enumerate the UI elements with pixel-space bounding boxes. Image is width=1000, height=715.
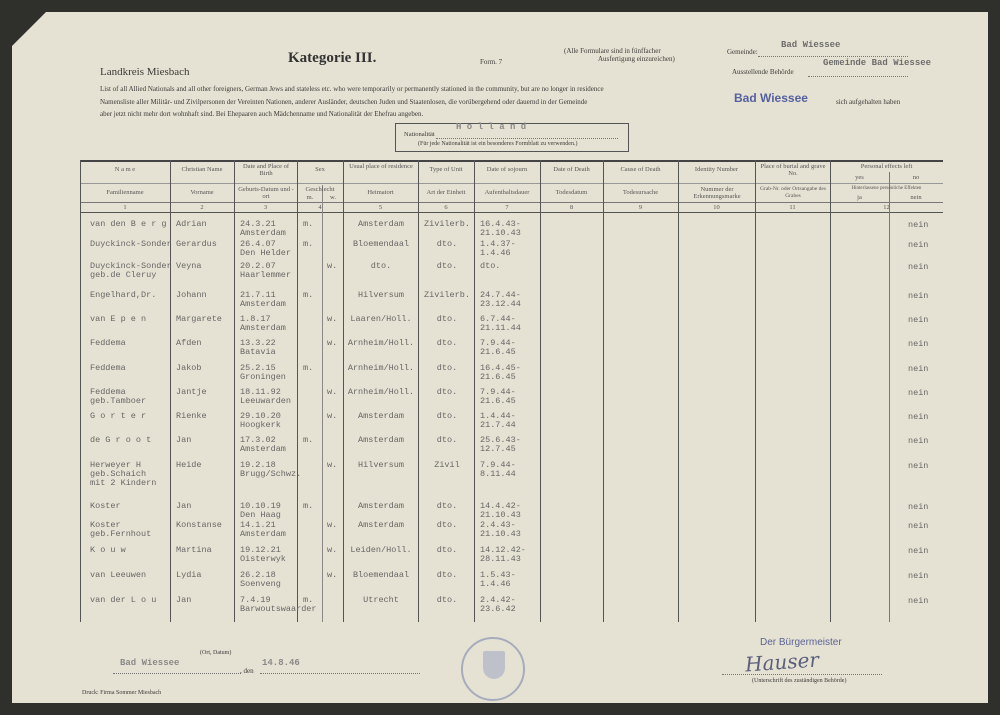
cell-sex: w. — [327, 546, 337, 555]
col-num-12: 12 — [830, 204, 943, 211]
col-num-6: 6 — [418, 204, 474, 211]
cell-sojourn: 1.5.43- 1.4.46 — [480, 571, 516, 589]
col-header-name-de: Familienname — [80, 189, 170, 196]
cell-unit: dto. — [420, 339, 474, 348]
cell-birth: 17.3.02 Amsterdam — [240, 436, 286, 454]
cell-first-name: Heide — [176, 461, 202, 470]
table-top-border — [80, 160, 943, 162]
signature-label: (Unterschrift des zuständigen Behörde) — [752, 678, 846, 684]
col-line-0 — [80, 160, 81, 622]
cell-unit: dto. — [420, 521, 474, 530]
col-header-sojourn-en: Date of sojourn — [474, 166, 540, 173]
col-header-sex-w: w. — [323, 194, 343, 201]
cell-residence: Amsterdam — [346, 220, 416, 229]
col-num-10: 10 — [678, 204, 755, 211]
col-line-1 — [170, 160, 171, 622]
col-header-identity-de: Nummer der Erkennungsmarke — [682, 186, 752, 200]
cell-sojourn: 1.4.44- 21.7.44 — [480, 412, 516, 430]
cell-birth: 24.3.21 Amsterdam — [240, 220, 286, 238]
cell-birth: 25.2.15 Groningen — [240, 364, 286, 382]
instructions-note-1: (Alle Formulare sind in fünffacher — [564, 47, 661, 55]
cell-residence: Hilversum — [346, 291, 416, 300]
col-header-effects-no: no — [889, 174, 943, 181]
col-header-unit-en: Type of Unit — [418, 166, 474, 173]
col-header-effects-yes: yes — [830, 174, 889, 181]
printer-credit: Druck: Firma Sommer Miesbach — [82, 690, 161, 696]
cell-effects: nein — [908, 339, 928, 349]
cell-family-name: van der L o u — [90, 596, 156, 605]
col-header-sex-m: m. — [300, 194, 320, 201]
cell-unit: Zivilerb. — [420, 291, 474, 300]
cell-family-name: de G r o o t — [90, 436, 151, 445]
col-header-first-en: Christian Name — [170, 166, 234, 173]
cell-residence: Arnheim/Holl. — [346, 339, 416, 348]
cell-first-name: Rienke — [176, 412, 207, 421]
cell-birth: 21.7.11 Amsterdam — [240, 291, 286, 309]
col-num-2: 2 — [170, 204, 234, 211]
gemeinde-line — [758, 56, 908, 57]
cell-sex: m. — [303, 596, 313, 605]
cell-residence: Bloemendaal — [346, 571, 416, 580]
col-header-first-de: Vorname — [170, 189, 234, 196]
cell-sojourn: 7.9.44- 21.6.45 — [480, 339, 516, 357]
col-header-birth-de: Geburts-Datum und -ort — [236, 186, 296, 200]
cell-unit: dto. — [420, 546, 474, 555]
cell-unit: dto. — [420, 262, 474, 271]
col-header-death-en: Date of Death — [540, 166, 603, 173]
cell-family-name: K o u w — [90, 546, 126, 555]
cell-effects: nein — [908, 315, 928, 325]
form-title: Kategorie III. — [288, 50, 376, 67]
col-header-cause-de: Todesursache — [603, 189, 678, 196]
cell-sex: w. — [327, 388, 337, 397]
cell-family-name: van den B e r g — [90, 220, 167, 229]
cell-effects: nein — [908, 461, 928, 471]
col-line-3 — [297, 160, 298, 622]
cell-residence: dto. — [346, 262, 416, 271]
cell-residence: Amsterdam — [346, 521, 416, 530]
col-header-burial-de: Grab-Nr. oder Ortsangabe des Grabes — [758, 186, 828, 200]
cell-family-name: Feddema geb.Tamboer — [90, 388, 146, 406]
cell-unit: dto. — [420, 315, 474, 324]
cell-residence: Arnheim/Holl. — [346, 364, 416, 373]
col-header-sex-de: Geschlecht — [297, 186, 343, 193]
cell-sojourn: 7.9.44- 8.11.44 — [480, 461, 516, 479]
cell-first-name: Jakob — [176, 364, 202, 373]
col-header-name-en: N a m e — [80, 166, 170, 173]
cell-family-name: Duyckinck-Sonder geb.de Cleruy — [90, 262, 172, 280]
col-header-effects-ja: ja — [830, 194, 889, 201]
cell-birth: 19.2.18 Brugg/Schwz. — [240, 461, 301, 479]
col-header-effects-nein: nein — [889, 194, 943, 201]
cell-sex: m. — [303, 291, 313, 300]
col-num-5: 5 — [343, 204, 418, 211]
cell-birth: 1.8.17 Amsterdam — [240, 315, 286, 333]
cell-birth: 19.12.21 Oisterwyk — [240, 546, 286, 564]
cell-first-name: Afden — [176, 339, 202, 348]
nationality-label: Nationalität — [404, 131, 435, 138]
col-header-identity-en: Identity Number — [678, 166, 755, 173]
cell-sojourn: 24.7.44- 23.12.44 — [480, 291, 521, 309]
gemeinde-value: Bad Wiessee — [781, 40, 840, 50]
cell-sojourn: 6.7.44- 21.11.44 — [480, 315, 521, 333]
cell-first-name: Lydia — [176, 571, 202, 580]
cell-residence: Arnheim/Holl. — [346, 388, 416, 397]
behoerde-label: Ausstellende Behörde — [732, 68, 794, 76]
cell-residence: Bloemendaal — [346, 240, 416, 249]
cell-residence: Amsterdam — [346, 502, 416, 511]
cell-family-name: Duyckinck-Sonder — [90, 240, 172, 249]
cell-unit: dto. — [420, 571, 474, 580]
cell-family-name: van E p e n — [90, 315, 146, 324]
nationality-note: (Für jede Nationalität ist ein besondere… — [418, 141, 577, 147]
header-number-divider — [80, 202, 943, 203]
instructions-note-2: Ausfertigung einzureichen) — [598, 55, 675, 63]
cell-sojourn: 16.4.43- 21.10.43 — [480, 220, 521, 238]
cell-unit: dto. — [420, 412, 474, 421]
cell-family-name: Koster — [90, 502, 121, 511]
cell-residence: Leiden/Holl. — [346, 546, 416, 555]
cell-residence: Amsterdam — [346, 436, 416, 445]
cell-sojourn: 14.4.42- 21.10.43 — [480, 502, 521, 520]
cell-sex: w. — [327, 461, 337, 470]
col-num-4: 4 — [297, 204, 343, 211]
col-num-11: 11 — [755, 204, 830, 211]
header-divider — [80, 183, 943, 184]
cell-sojourn: dto. — [480, 262, 500, 271]
col-line-sex-split — [322, 185, 323, 622]
cell-sojourn: 14.12.42- 28.11.43 — [480, 546, 526, 564]
cell-effects: nein — [908, 388, 928, 398]
nationality-line — [436, 138, 618, 139]
col-header-sojourn-de: Aufenthaltsdauer — [474, 189, 540, 196]
cell-birth: 18.11.92 Leeuwarden — [240, 388, 291, 406]
col-num-9: 9 — [603, 204, 678, 211]
cell-sex: m. — [303, 220, 313, 229]
col-line-10 — [755, 160, 756, 622]
col-header-burial-en: Place of burial and grave No. — [758, 163, 828, 177]
cell-first-name: Jan — [176, 502, 191, 511]
gemeinde-label: Gemeinde: — [727, 48, 758, 56]
col-line-effects-split — [889, 172, 890, 622]
intro-german-2: aber jetzt nicht mehr dort wohnhaft sind… — [100, 110, 423, 118]
col-header-birth-en: Date and Place of Birth — [236, 163, 296, 177]
cell-birth: 14.1.21 Amsterdam — [240, 521, 286, 539]
cell-family-name: G o r t e r — [90, 412, 146, 421]
cell-first-name: Martina — [176, 546, 212, 555]
cell-first-name: Jantje — [176, 388, 207, 397]
cell-sojourn: 25.6.43- 12.7.45 — [480, 436, 521, 454]
cell-first-name: Johann — [176, 291, 207, 300]
date-line — [260, 673, 420, 674]
col-line-4 — [343, 160, 344, 622]
cell-effects: nein — [908, 412, 928, 422]
col-line-8 — [603, 160, 604, 622]
cell-sojourn: 1.4.37- 1.4.46 — [480, 240, 516, 258]
cell-effects: nein — [908, 596, 928, 606]
header-bottom-border — [80, 212, 943, 213]
cell-sex: w. — [327, 521, 337, 530]
col-line-6 — [474, 160, 475, 622]
date-value: 14.8.46 — [262, 658, 300, 668]
col-header-effects-en: Personal effects left — [830, 163, 943, 170]
cell-sex: m. — [303, 364, 313, 373]
cell-family-name: Herweyer H geb.Schaich mit 2 Kindern — [90, 461, 156, 488]
cell-effects: nein — [908, 262, 928, 272]
cell-family-name: Feddema — [90, 364, 126, 373]
cell-sex: w. — [327, 315, 337, 324]
cell-first-name: Margarete — [176, 315, 222, 324]
cell-first-name: Jan — [176, 596, 191, 605]
cell-unit: dto. — [420, 502, 474, 511]
col-num-1: 1 — [80, 204, 170, 211]
col-header-sex-en: Sex — [297, 166, 343, 173]
cell-effects: nein — [908, 502, 928, 512]
cell-residence: Hilversum — [346, 461, 416, 470]
cell-effects: nein — [908, 571, 928, 581]
cell-sex: w. — [327, 262, 337, 271]
cell-effects: nein — [908, 546, 928, 556]
place-line — [113, 673, 241, 674]
place-value: Bad Wiessee — [120, 658, 179, 668]
cell-effects: nein — [908, 364, 928, 374]
cell-residence: Utrecht — [346, 596, 416, 605]
cell-sojourn: 16.4.45- 21.6.45 — [480, 364, 521, 382]
cell-unit: dto. — [420, 240, 474, 249]
place-date-label: (Ort, Datum) — [200, 650, 231, 656]
cell-sex: w. — [327, 571, 337, 580]
col-line-9 — [678, 160, 679, 622]
col-line-2 — [234, 160, 235, 622]
cell-birth: 20.2.07 Haarlemmer — [240, 262, 291, 280]
col-num-7: 7 — [474, 204, 540, 211]
cell-sex: m. — [303, 436, 313, 445]
cell-first-name: Gerardus — [176, 240, 217, 249]
cell-residence: Laaren/Holl. — [346, 315, 416, 324]
intro-german-1: Namensliste aller Militär- und Zivilpers… — [100, 98, 730, 106]
cell-unit: dto. — [420, 436, 474, 445]
cell-birth: 26.2.18 Soenveng — [240, 571, 281, 589]
cell-first-name: Veyna — [176, 262, 202, 271]
official-seal — [461, 637, 525, 701]
behoerde-value: Gemeinde Bad Wiessee — [823, 58, 931, 68]
cell-unit: dto. — [420, 388, 474, 397]
cell-sex: w. — [327, 412, 337, 421]
signature-line — [722, 674, 882, 675]
col-header-residence-en: Usual place of residence — [345, 163, 417, 170]
col-header-cause-en: Cause of Death — [603, 166, 678, 173]
cell-family-name: van Leeuwen — [90, 571, 146, 580]
cell-unit: Zivilerb. — [420, 220, 474, 229]
cell-unit: Zivil — [420, 461, 474, 470]
cell-first-name: Adrian — [176, 220, 207, 229]
den-label: , den — [240, 667, 254, 675]
coat-of-arms-icon — [483, 651, 505, 679]
cell-first-name: Jan — [176, 436, 191, 445]
col-header-unit-de: Art der Einheit — [418, 189, 474, 196]
nationality-value: H o l l a n d — [456, 122, 526, 132]
cell-family-name: Koster geb.Fernhout — [90, 521, 151, 539]
form-number: Form. 7 — [480, 58, 502, 66]
cell-residence: Amsterdam — [346, 412, 416, 421]
cell-sojourn: 2.4.42- 23.6.42 — [480, 596, 516, 614]
municipality-stamp: Bad Wiessee — [734, 91, 808, 105]
col-line-7 — [540, 160, 541, 622]
col-line-5 — [418, 160, 419, 622]
behoerde-line — [808, 76, 908, 77]
cell-birth: 29.10.20 Hoogkerk — [240, 412, 281, 430]
col-num-8: 8 — [540, 204, 603, 211]
col-line-11 — [830, 160, 831, 622]
cell-unit: dto. — [420, 596, 474, 605]
col-header-residence-de: Heimatort — [343, 189, 418, 196]
cell-effects: nein — [908, 220, 928, 230]
intro-german-end: sich aufgehalten haben — [836, 98, 900, 106]
mayor-signature: Hauser — [744, 647, 819, 676]
cell-unit: dto. — [420, 364, 474, 373]
landkreis-label: Landkreis Miesbach — [100, 66, 190, 78]
cell-effects: nein — [908, 436, 928, 446]
col-header-effects-de: Hinterlassene persönliche Effekten — [830, 185, 943, 192]
cell-sex: w. — [327, 339, 337, 348]
cell-birth: 10.10.19 Den Haag — [240, 502, 281, 520]
cell-birth: 13.3.22 Batavia — [240, 339, 276, 357]
cell-effects: nein — [908, 521, 928, 531]
cell-family-name: Engelhard,Dr. — [90, 291, 156, 300]
mayor-stamp: Der Bürgermeister — [760, 637, 842, 648]
cell-effects: nein — [908, 240, 928, 250]
cell-sojourn: 7.9.44- 21.6.45 — [480, 388, 516, 406]
cell-family-name: Feddema — [90, 339, 126, 348]
col-num-3: 3 — [234, 204, 297, 211]
cell-sex: m. — [303, 240, 313, 249]
cell-birth: 26.4.07 Den Helder — [240, 240, 291, 258]
cell-first-name: Konstanse — [176, 521, 222, 530]
col-header-death-de: Todesdatum — [540, 189, 603, 196]
cell-sex: m. — [303, 502, 313, 511]
cell-effects: nein — [908, 291, 928, 301]
nationality-box: Nationalität H o l l a n d (Für jede Nat… — [395, 123, 629, 152]
cell-sojourn: 2.4.43- 21.10.43 — [480, 521, 521, 539]
